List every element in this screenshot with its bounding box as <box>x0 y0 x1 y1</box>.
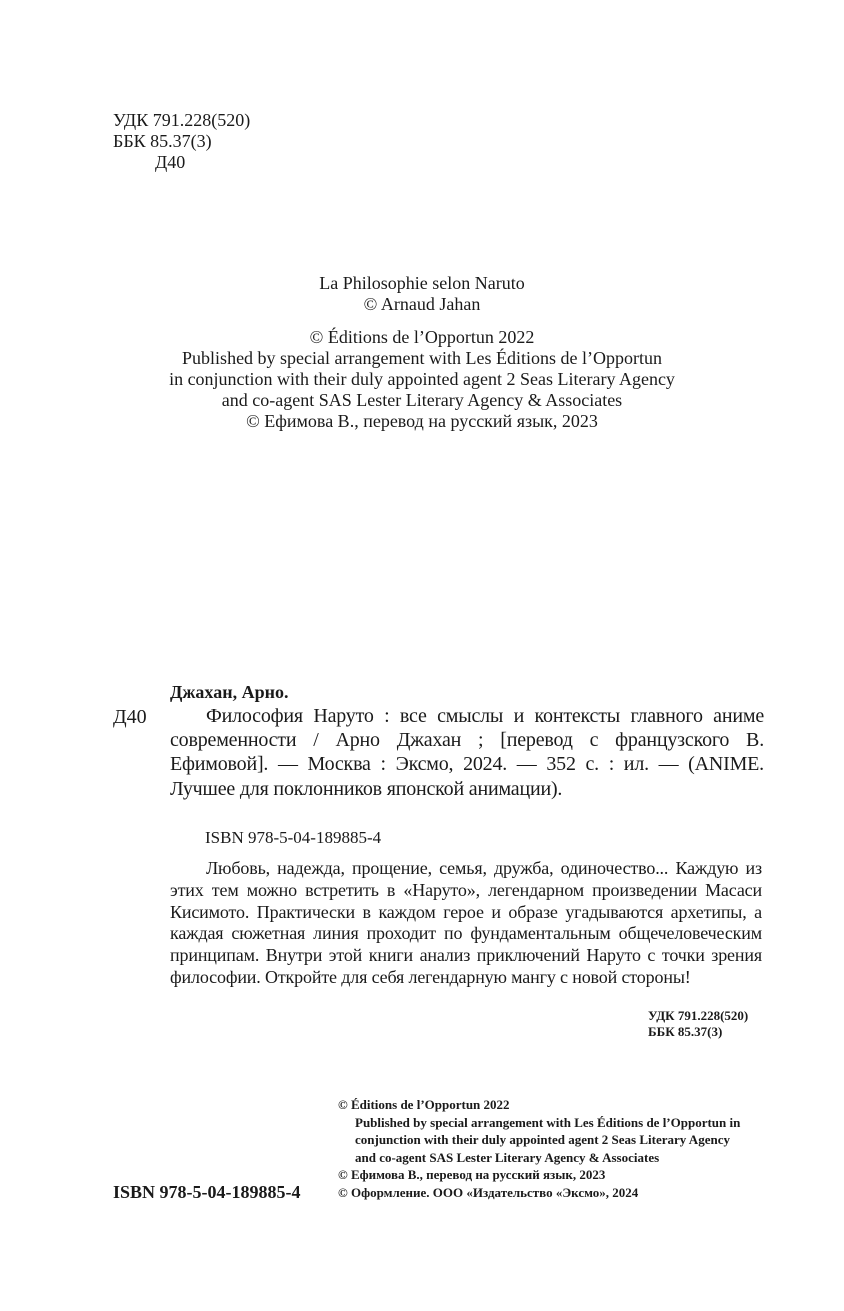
catalog-author-heading: Джахан, Арно. <box>170 681 288 703</box>
publisher-copyright: © Éditions de l’Opportun 2022 <box>338 1096 740 1114</box>
catalog-description: Философия Наруто : все смыслы и контекст… <box>170 704 764 801</box>
catalog-description-text: Философия Наруто : все смыслы и контекст… <box>170 705 764 800</box>
udk-code: УДК 791.228(520) <box>113 110 250 131</box>
catalog-isbn: ISBN 978-5-04-189885-4 <box>205 828 381 848</box>
spacer <box>0 315 844 327</box>
classification-header: УДК 791.228(520) ББК 85.37(3) Д40 <box>113 110 250 173</box>
udk-code: УДК 791.228(520) <box>648 1008 748 1024</box>
arrangement-line: Published by special arrangement with Le… <box>338 1114 740 1132</box>
original-author-copyright: © Arnaud Jahan <box>0 294 844 315</box>
arrangement-line: conjunction with their duly appointed ag… <box>338 1131 740 1149</box>
isbn-footer: ISBN 978-5-04-189885-4 <box>113 1182 301 1202</box>
arrangement-line: Published by special arrangement with Le… <box>0 348 844 369</box>
original-edition-credits: La Philosophie selon Naruto © Arnaud Jah… <box>0 273 844 432</box>
design-copyright: © Оформление. ООО «Издательство «Эксмо»,… <box>338 1184 740 1202</box>
publisher-copyright: © Éditions de l’Opportun 2022 <box>0 327 844 348</box>
annotation: Любовь, надежда, прощение, семья, дружба… <box>170 858 762 989</box>
arrangement-line: in conjunction with their duly appointed… <box>0 369 844 390</box>
bbk-code: ББК 85.37(3) <box>648 1024 748 1040</box>
original-title: La Philosophie selon Naruto <box>0 273 844 294</box>
imprint-copyrights: © Éditions de l’Opportun 2022 Published … <box>338 1096 740 1202</box>
author-mark: Д40 <box>113 152 250 173</box>
annotation-text: Любовь, надежда, прощение, семья, дружба… <box>170 858 762 987</box>
catalog-author-mark: Д40 <box>113 705 147 729</box>
arrangement-line: and co-agent SAS Lester Literary Agency … <box>338 1149 740 1167</box>
translation-copyright: © Ефимова В., перевод на русский язык, 2… <box>0 411 844 432</box>
arrangement-line: and co-agent SAS Lester Literary Agency … <box>0 390 844 411</box>
bbk-code: ББК 85.37(3) <box>113 131 250 152</box>
translation-copyright: © Ефимова В., перевод на русский язык, 2… <box>338 1166 740 1184</box>
classification-footer: УДК 791.228(520) ББК 85.37(3) <box>648 1008 748 1040</box>
